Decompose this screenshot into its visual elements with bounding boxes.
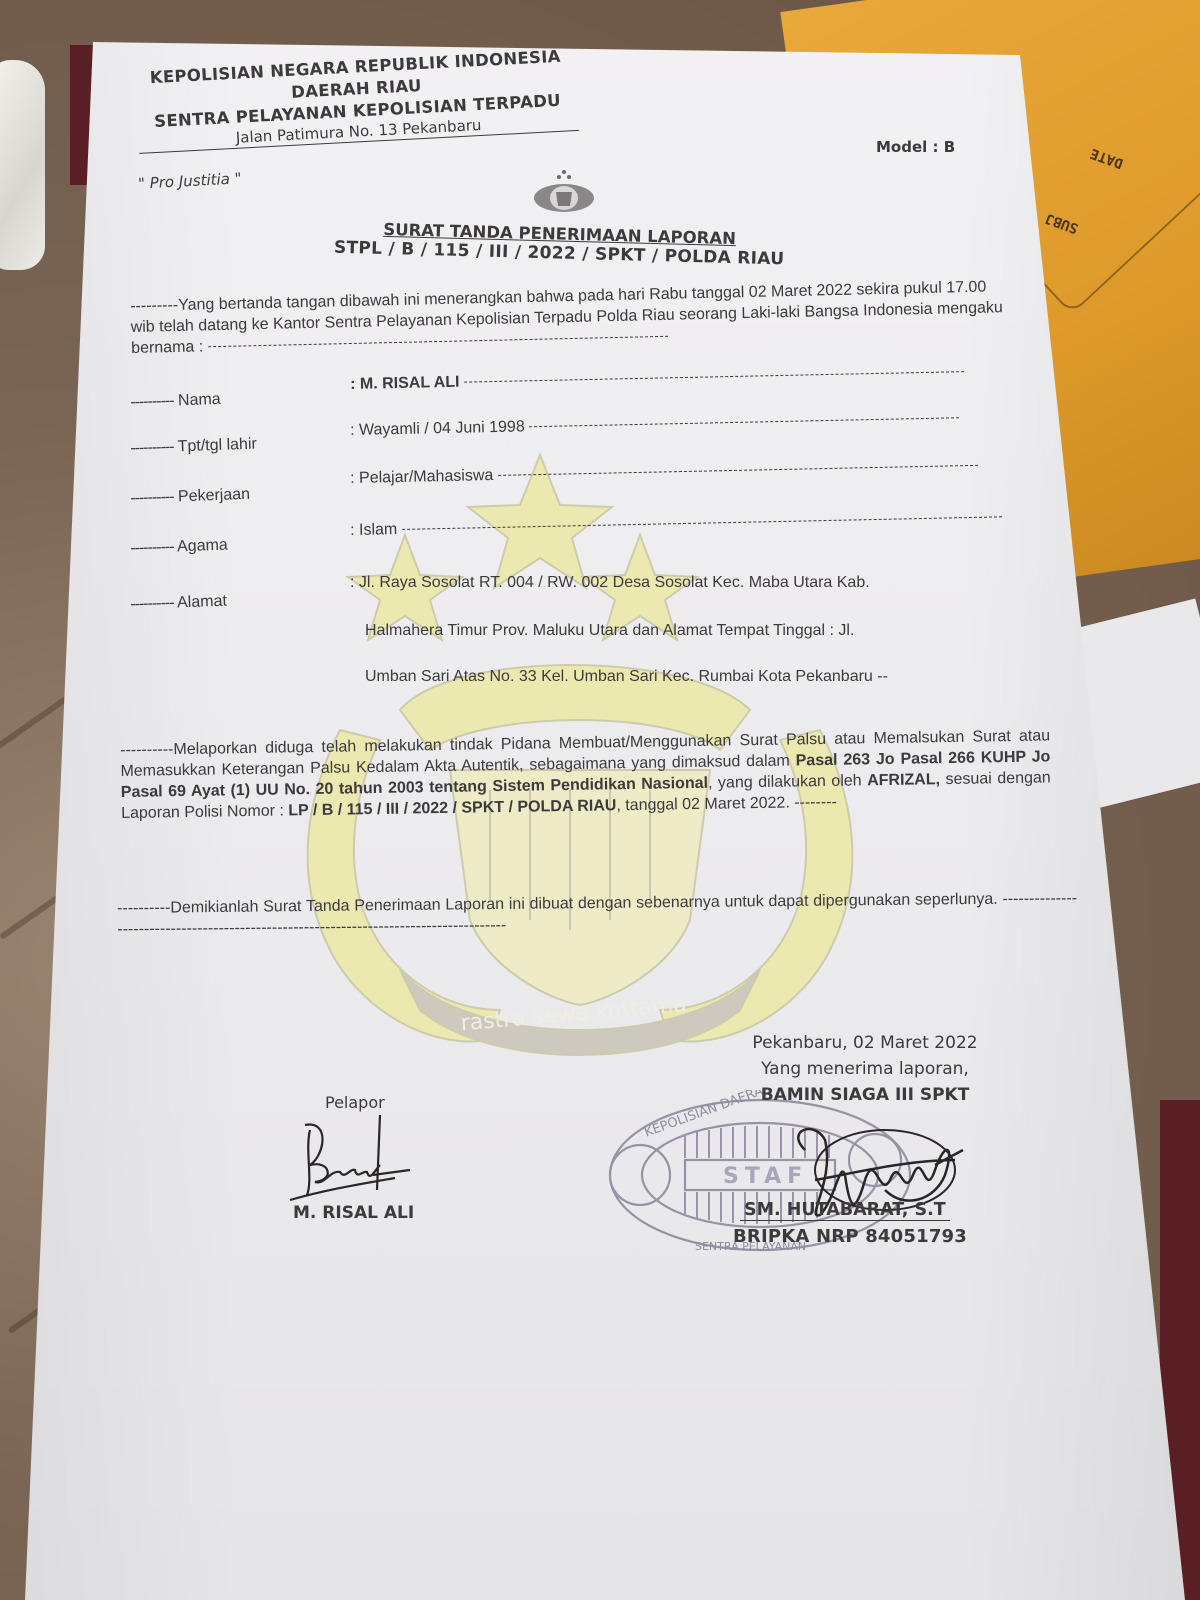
reporter-signature-icon — [285, 1110, 415, 1205]
field-label-agama: ---------- Agama — [130, 537, 228, 558]
report-paragraph: ----------Melaporkan diduga telah melaku… — [120, 725, 1051, 824]
field-value-alamat: : Jl. Raya Sosolat RT. 004 / RW. 002 Des… — [350, 574, 870, 592]
field-label-nama: ---------- Nama — [130, 391, 221, 412]
receiver-caption: Yang menerima laporan, — [725, 1056, 1005, 1082]
field-label-alamat: ---------- Alamat — [130, 593, 227, 614]
receiver-name: SM. HUTABARAT, S.T — [740, 1200, 950, 1221]
model-label: Model : B — [876, 138, 955, 156]
dashed-fill — [208, 336, 668, 347]
tissue — [0, 60, 45, 270]
place-date: Pekanbaru, 02 Maret 2022 — [725, 1030, 1005, 1056]
receiver-role: BAMIN SIAGA III SPKT — [725, 1082, 1005, 1108]
receiver-nrp: BRIPKA NRP 84051793 — [733, 1226, 967, 1247]
address-line-2: Halmahera Timur Prov. Maluku Utara dan A… — [365, 622, 854, 640]
intro-lead-dash: --------- — [130, 297, 178, 315]
police-emblem-icon — [530, 168, 598, 216]
receiver-signature-block: Pekanbaru, 02 Maret 2022 Yang menerima l… — [725, 1030, 1005, 1108]
address-line-3: Umban Sari Atas No. 33 Kel. Umban Sari K… — [365, 668, 888, 686]
reporter-name: M. RISAL ALI — [293, 1203, 414, 1223]
